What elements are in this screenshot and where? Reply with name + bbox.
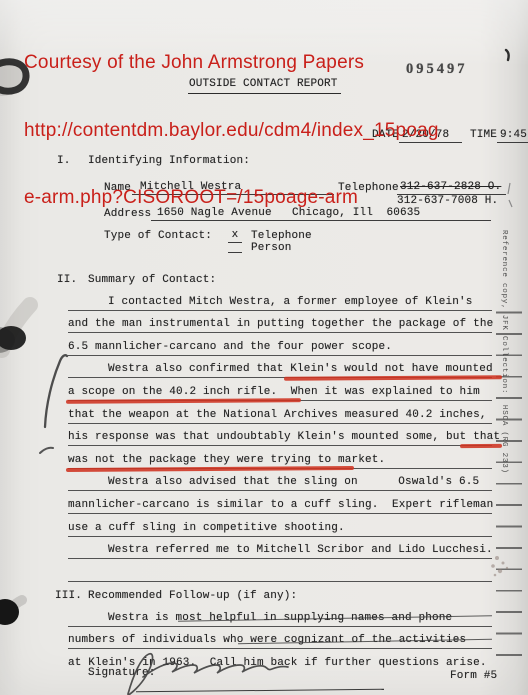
summary-line: Westra also confirmed that Klein's would… bbox=[68, 356, 492, 379]
summary-line-text: 6.5 mannlicher-carcano and the four powe… bbox=[68, 341, 392, 355]
summary-line: Westra referred me to Mitchell Scribor a… bbox=[68, 537, 492, 560]
signature-line bbox=[136, 689, 384, 693]
followup-line: at Klein's in 1963. Call him back if fur… bbox=[68, 649, 492, 671]
time-label: TIME bbox=[470, 129, 497, 141]
section3-heading: Recommended Follow-up (if any): bbox=[88, 590, 297, 602]
summary-line-text: Westra referred me to Mitchell Scribor a… bbox=[68, 544, 493, 558]
reference-copy-stamp: Reference copy, JFK Collection: HSCA (RG… bbox=[500, 230, 508, 550]
red-annotation-underline bbox=[460, 444, 502, 448]
summary-line-text: his response was that undoubtably Klein'… bbox=[68, 431, 500, 445]
binder-blob-middle bbox=[0, 326, 26, 350]
handwritten-margin-stroke bbox=[45, 355, 67, 427]
summary-line-text: mannlicher-carcano is similar to a cuff … bbox=[68, 499, 493, 513]
summary-line-text: use a cuff sling in competitive shooting… bbox=[68, 522, 345, 536]
watermark-line-3: e-arm.php?CISOROOT=/15poage-arm bbox=[24, 187, 439, 210]
handwritten-margin-tick bbox=[40, 448, 53, 453]
summary-line: was not the package they were trying to … bbox=[68, 446, 492, 469]
summary-line bbox=[68, 559, 492, 582]
summary-line: mannlicher-carcano is similar to a cuff … bbox=[68, 491, 492, 514]
scanned-document-page: Courtesy of the John Armstrong Papers ht… bbox=[0, 0, 528, 695]
binder-streak-bottom bbox=[4, 600, 22, 620]
binder-hook-mark bbox=[0, 62, 26, 91]
binder-streak-middle bbox=[2, 305, 30, 350]
section2-number: II. bbox=[57, 274, 77, 286]
handwriting-right-edge bbox=[508, 183, 512, 207]
summary-line-text: Westra also advised that the sling on Os… bbox=[68, 476, 479, 490]
followup-lines: Westra is most helpful in supplying name… bbox=[68, 604, 492, 671]
summary-line: a scope on the 40.2 inch rifle. When it … bbox=[68, 378, 492, 401]
form-number-label: Form #5 bbox=[450, 670, 497, 682]
watermark-line-1: Courtesy of the John Armstrong Papers bbox=[24, 52, 439, 75]
time-value: 9:45 bbox=[497, 129, 528, 143]
summary-line: I contacted Mitch Westra, a former emplo… bbox=[68, 288, 492, 311]
summary-line: 6.5 mannlicher-carcano and the four powe… bbox=[68, 333, 492, 356]
summary-line: that the weapon at the National Archives… bbox=[68, 401, 492, 424]
courtesy-watermark: Courtesy of the John Armstrong Papers ht… bbox=[24, 7, 439, 255]
summary-line: his response was that undoubtably Klein'… bbox=[68, 424, 492, 447]
binder-smudge-top bbox=[0, 60, 23, 96]
pen-tick-top-right bbox=[506, 50, 509, 60]
summary-line: use a cuff sling in competitive shooting… bbox=[68, 514, 492, 537]
binder-blob-bottom bbox=[0, 599, 19, 625]
summary-line-text: that the weapon at the National Archives… bbox=[68, 409, 487, 423]
watermark-line-2: http://contentdm.baylor.edu/cdm4/index_1… bbox=[24, 120, 439, 143]
summary-line-text: I contacted Mitch Westra, a former emplo… bbox=[68, 296, 473, 310]
summary-line: Westra also advised that the sling on Os… bbox=[68, 469, 492, 492]
section3-number: III. bbox=[55, 590, 82, 602]
binder-shadow-middle bbox=[0, 327, 15, 353]
followup-line-text: at Klein's in 1963. Call him back if fur… bbox=[68, 657, 487, 671]
summary-line: and the man instrumental in putting toge… bbox=[68, 311, 492, 334]
followup-line: numbers of individuals who were cognizan… bbox=[68, 627, 492, 650]
section2-heading: Summary of Contact: bbox=[88, 274, 216, 286]
followup-line: Westra is most helpful in supplying name… bbox=[68, 604, 492, 627]
summary-line-text: and the man instrumental in putting toge… bbox=[68, 318, 493, 332]
summary-lines: I contacted Mitch Westra, a former emplo… bbox=[68, 288, 492, 582]
